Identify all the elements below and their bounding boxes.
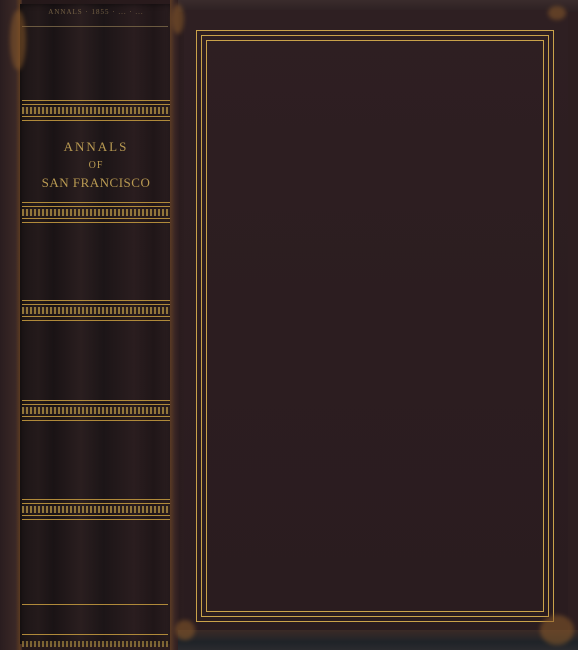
corner-wear xyxy=(175,620,195,640)
book-photo: ANNALS · 1855 · ... · ... ANNALS OF SAN … xyxy=(0,0,578,650)
hinge-wear xyxy=(172,4,184,34)
title-line-1: ANNALS xyxy=(20,139,172,155)
gilt-band xyxy=(22,499,170,521)
edge-wear xyxy=(10,10,26,70)
gilt-band xyxy=(22,100,170,122)
gilt-rule xyxy=(22,26,168,27)
title-line-2: OF xyxy=(20,157,172,175)
gilt-border-inner xyxy=(206,40,544,612)
corner-wear xyxy=(540,615,574,645)
back-board-edge xyxy=(0,0,22,650)
gilt-band xyxy=(22,202,170,224)
corner-wear xyxy=(548,6,566,20)
book-spine: ANNALS · 1855 · ... · ... ANNALS OF SAN … xyxy=(20,4,172,644)
gilt-band xyxy=(22,300,170,322)
title-line-3: SAN FRANCISCO xyxy=(20,175,172,191)
gilt-rule xyxy=(22,634,168,635)
cover-bottom-edge xyxy=(178,630,578,650)
gilt-tooling xyxy=(22,641,168,647)
spine-title: ANNALS OF SAN FRANCISCO xyxy=(20,139,172,191)
gilt-rule xyxy=(22,604,168,605)
gilt-band xyxy=(22,400,170,422)
spine-top-label: ANNALS · 1855 · ... · ... xyxy=(24,8,168,22)
